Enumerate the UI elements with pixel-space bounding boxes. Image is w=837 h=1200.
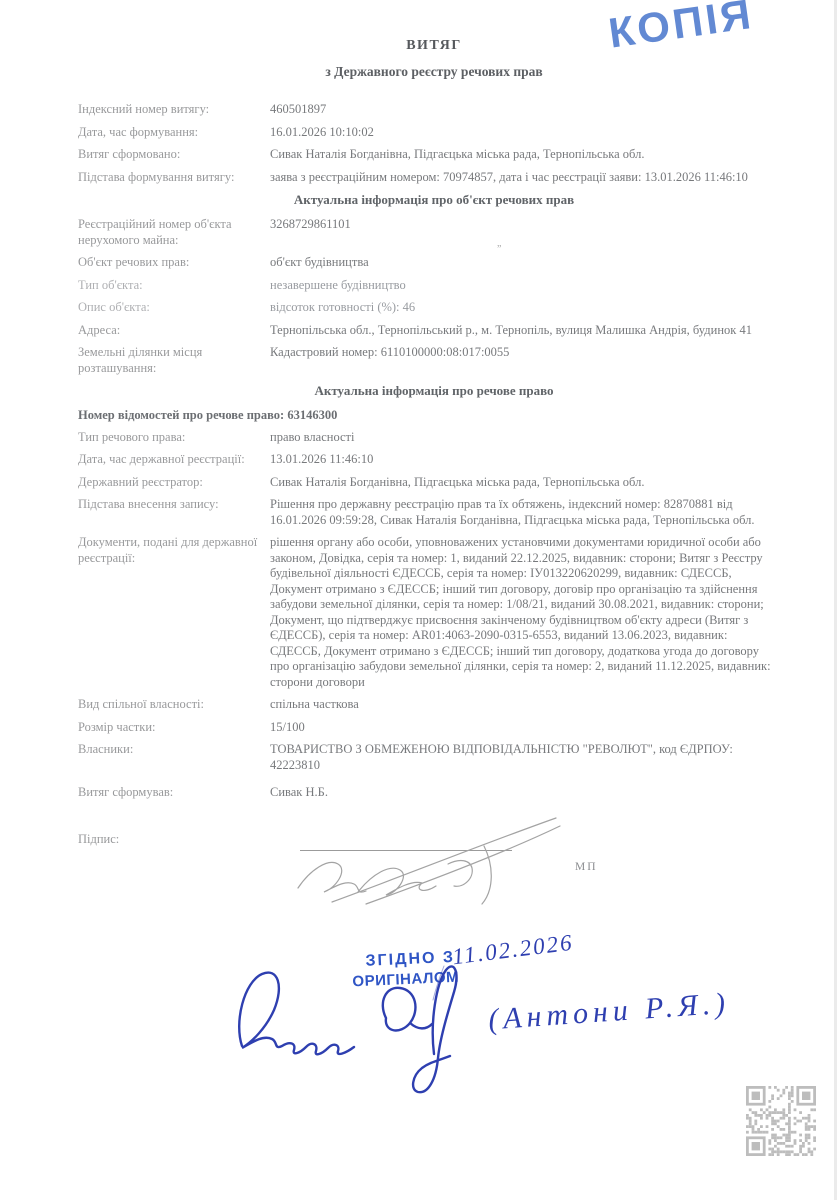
field-row: Індексний номер витягу: 460501897 xyxy=(78,102,790,118)
field-row: Земельні ділянки місця розташування: Кад… xyxy=(78,345,790,376)
field-value: Сивак Н.Б. xyxy=(270,785,790,801)
field-value: Кадастровий номер: 6110100000:08:017:005… xyxy=(270,345,790,376)
field-row: Дата, час формування: 16.01.2026 10:10:0… xyxy=(78,125,790,141)
field-value: 15/100 xyxy=(270,720,790,736)
record-number-line: Номер відомостей про речове право: 63146… xyxy=(78,408,790,424)
certifier-name: (Антони Р.Я.) xyxy=(488,996,731,1028)
section-heading-object: Актуальна інформація про об'єкт речових … xyxy=(78,192,790,208)
document-body: ВИТЯГ з Державного реєстру речових прав … xyxy=(78,38,790,882)
field-row: Тип речового права: право власності xyxy=(78,430,790,446)
document-title: ВИТЯГ xyxy=(78,38,790,54)
field-value: Сивак Наталія Богданівна, Підгаєцька міс… xyxy=(270,475,790,491)
field-value: заява з реєстраційним номером: 70974857,… xyxy=(270,170,790,186)
field-value: об'єкт будівництва xyxy=(270,255,790,271)
qr-code xyxy=(746,1086,816,1156)
document-subtitle: з Державного реєстру речових прав xyxy=(78,64,790,80)
field-label: Вид спільної власності: xyxy=(78,697,270,713)
field-label: Підстава формування витягу: xyxy=(78,170,270,186)
field-label: Реєстраційний номер об'єкта нерухомого м… xyxy=(78,217,270,248)
field-label: Власники: xyxy=(78,742,270,773)
field-value: право власності xyxy=(270,430,790,446)
formed-by-row: Витяг сформував: Сивак Н.Б. xyxy=(78,785,790,801)
field-row: Власники: ТОВАРИСТВО З ОБМЕЖЕНОЮ ВІДПОВІ… xyxy=(78,742,790,773)
field-row: Тип об'єкта: незавершене будівництво xyxy=(78,278,790,294)
field-row: Підстава формування витягу: заява з реєс… xyxy=(78,170,790,186)
field-row: Документи, подані для державної реєстрац… xyxy=(78,535,790,690)
field-value: спільна часткова xyxy=(270,697,790,713)
field-label: Витяг сформував: xyxy=(78,785,270,801)
field-row: Вид спільної власності: спільна часткова xyxy=(78,697,790,713)
field-value: рішення органу або особи, уповноважених … xyxy=(270,535,790,690)
field-value: ТОВАРИСТВО З ОБМЕЖЕНОЮ ВІДПОВІДАЛЬНІСТЮ … xyxy=(270,742,790,773)
field-row: Розмір частки: 15/100 xyxy=(78,720,790,736)
field-label: Підпис: xyxy=(78,832,270,876)
field-label: Державний реєстратор: xyxy=(78,475,270,491)
scanned-document-page: КОПІЯ ” ВИТЯГ з Державного реєстру речов… xyxy=(0,0,837,1200)
field-label: Об'єкт речових прав: xyxy=(78,255,270,271)
field-label: Витяг сформовано: xyxy=(78,147,270,163)
field-value: 3268729861101 xyxy=(270,217,790,248)
copy-stamp: КОПІЯ xyxy=(608,6,754,42)
field-label: Документи, подані для державної реєстрац… xyxy=(78,535,270,690)
field-row: Державний реєстратор: Сивак Наталія Богд… xyxy=(78,475,790,491)
field-row: Опис об'єкта: відсоток готовності (%): 4… xyxy=(78,300,790,316)
field-label: Підстава внесення запису: xyxy=(78,497,270,528)
field-row: Дата, час державної реєстрації: 13.01.20… xyxy=(78,452,790,468)
field-value: Тернопільська обл., Тернопільський р., м… xyxy=(270,323,790,339)
field-value: Сивак Наталія Богданівна, Підгаєцька міс… xyxy=(270,147,790,163)
field-row: Об'єкт речових прав: об'єкт будівництва xyxy=(78,255,790,271)
field-label: Індексний номер витягу: xyxy=(78,102,270,118)
field-value: відсоток готовності (%): 46 xyxy=(270,300,790,316)
field-value: 460501897 xyxy=(270,102,790,118)
field-value: 13.01.2026 11:46:10 xyxy=(270,452,790,468)
field-label: Земельні ділянки місця розташування: xyxy=(78,345,270,376)
seal-placeholder: МП xyxy=(575,860,778,876)
field-row: Підстава внесення запису: Рішення про де… xyxy=(78,497,790,528)
field-value: Рішення про державну реєстрацію прав та … xyxy=(270,497,790,528)
section-heading-right: Актуальна інформація про речове право xyxy=(78,383,790,399)
field-label: Розмір частки: xyxy=(78,720,270,736)
certifier-signature xyxy=(228,960,498,1100)
field-label: Опис об'єкта: xyxy=(78,300,270,316)
field-label: Тип речового права: xyxy=(78,430,270,446)
field-label: Тип об'єкта: xyxy=(78,278,270,294)
field-label: Адреса: xyxy=(78,323,270,339)
registrar-signature xyxy=(288,812,568,907)
field-label: Дата, час державної реєстрації: xyxy=(78,452,270,468)
field-row: Адреса: Тернопільська обл., Тернопільськ… xyxy=(78,323,790,339)
field-label: Дата, час формування: xyxy=(78,125,270,141)
field-row: Витяг сформовано: Сивак Наталія Богданів… xyxy=(78,147,790,163)
field-row: Реєстраційний номер об'єкта нерухомого м… xyxy=(78,217,790,248)
field-value: 16.01.2026 10:10:02 xyxy=(270,125,790,141)
field-value: незавершене будівництво xyxy=(270,278,790,294)
